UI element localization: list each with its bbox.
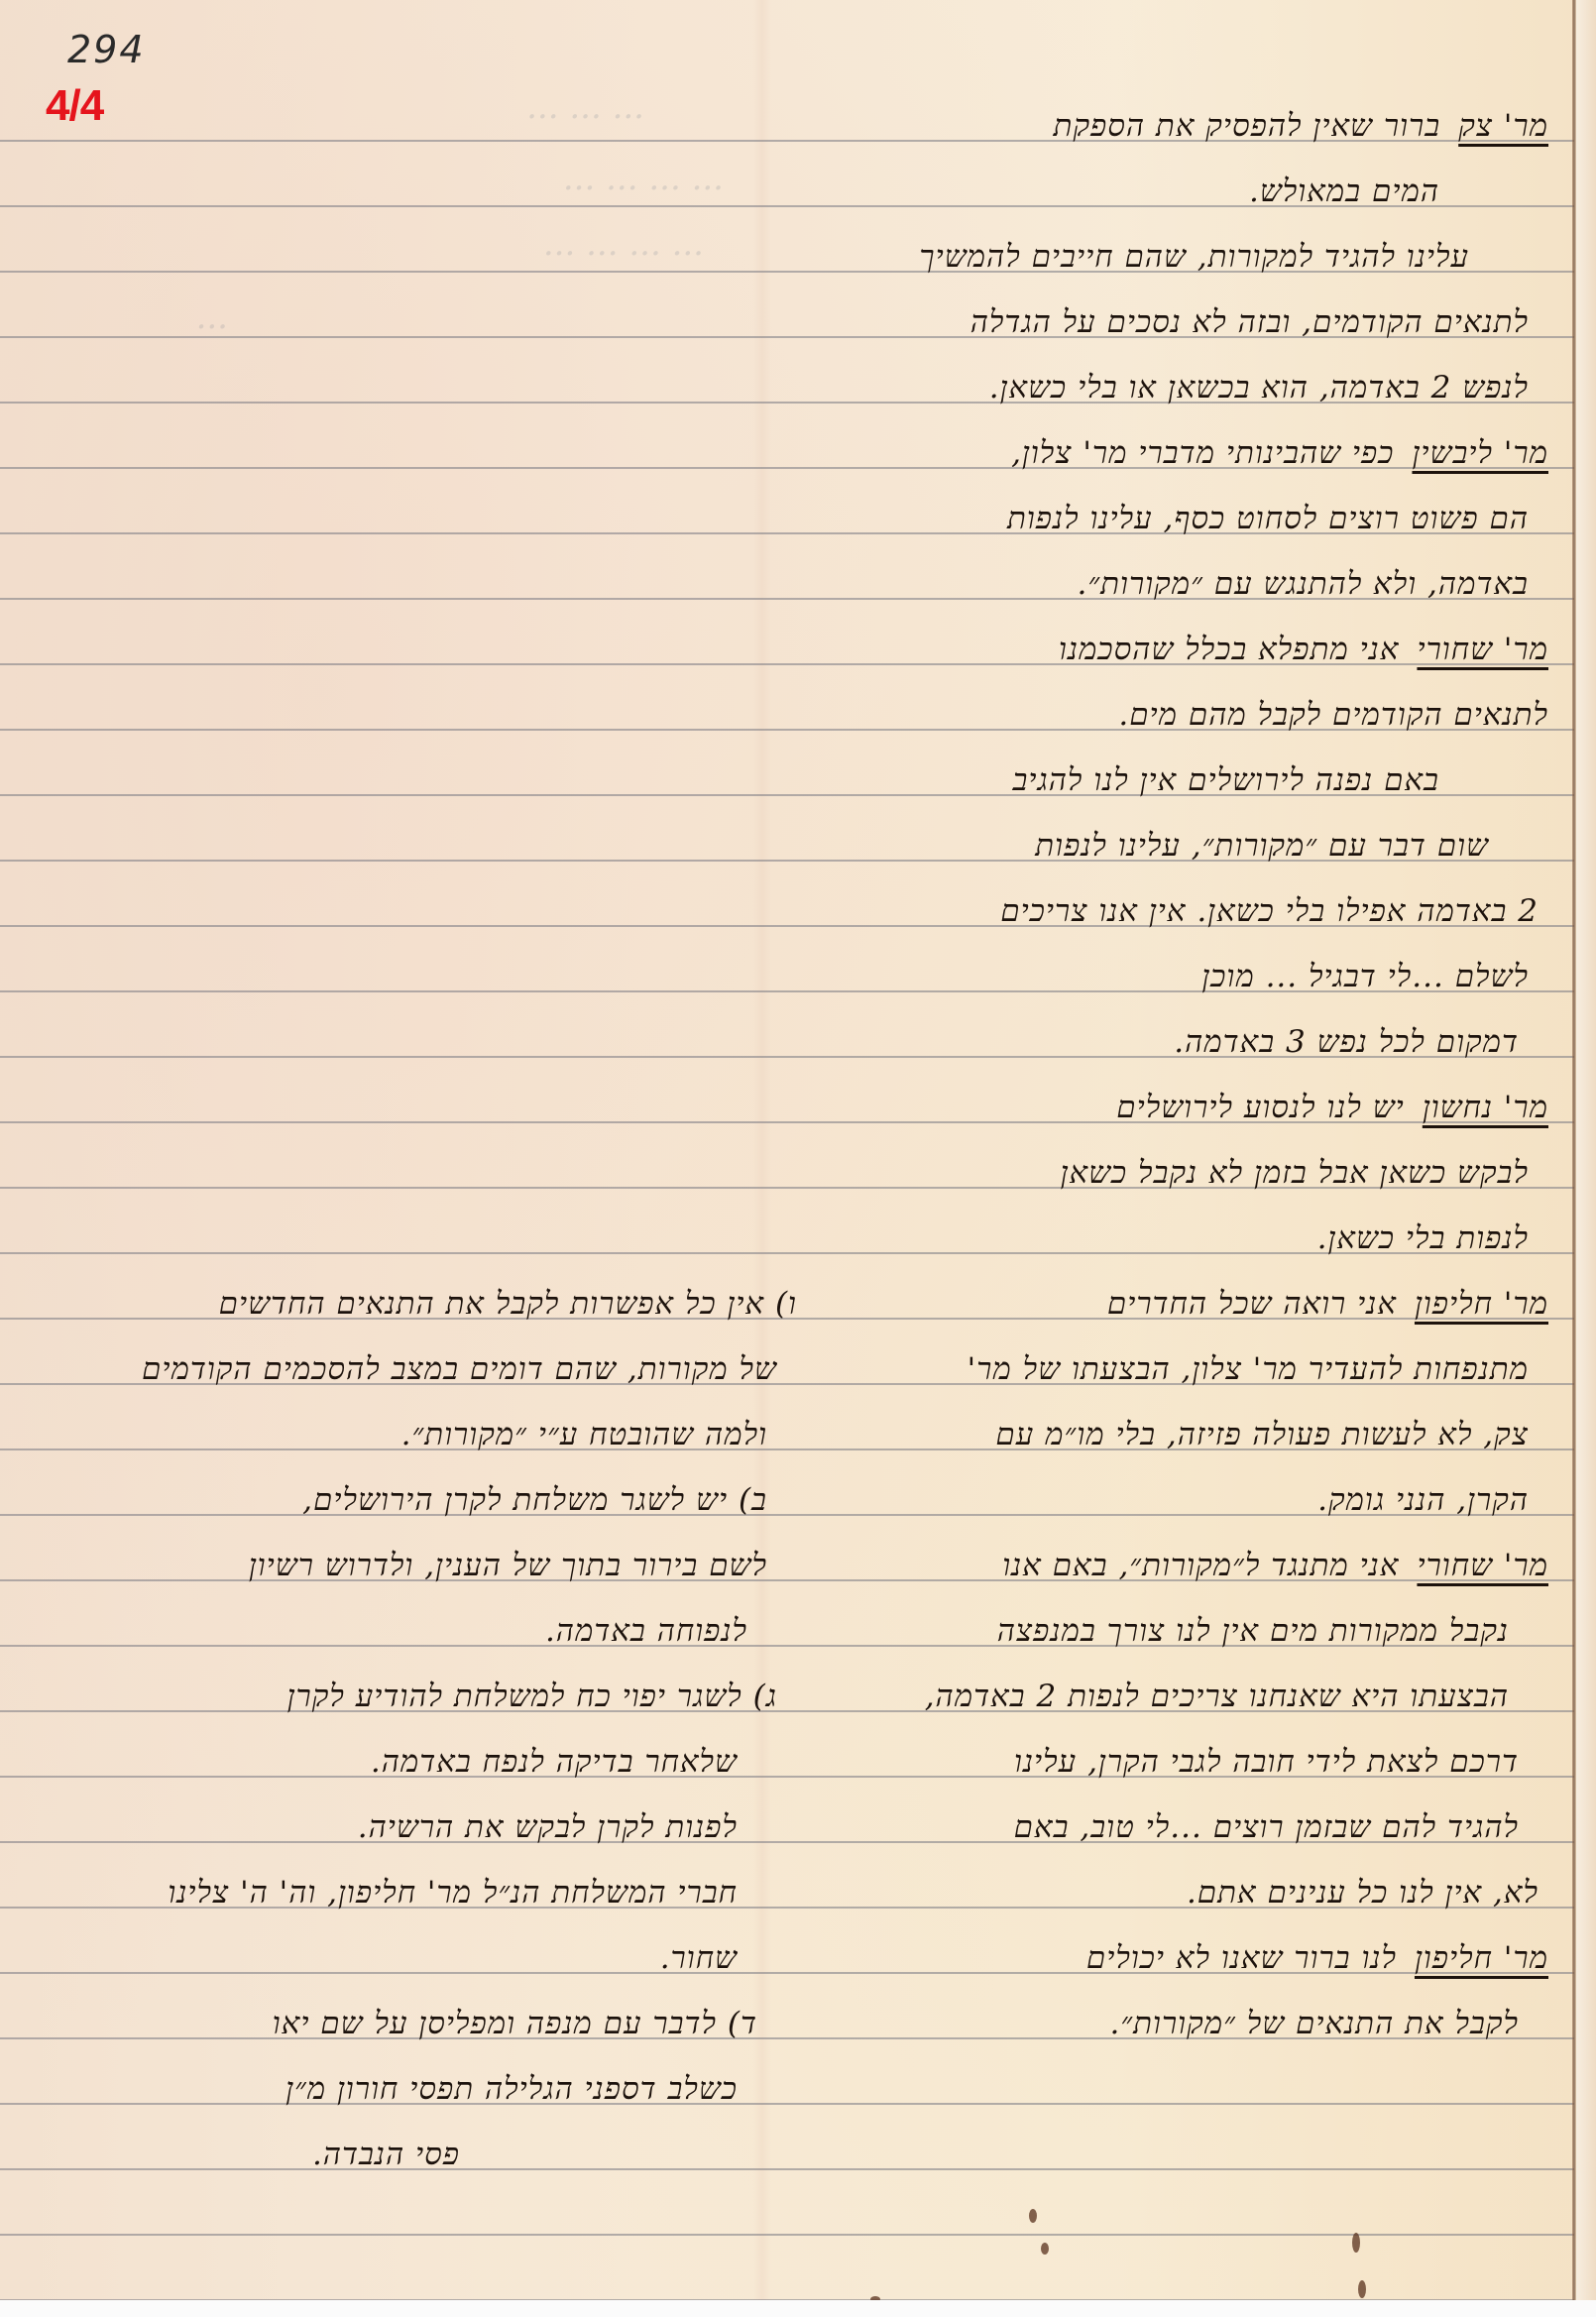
minutes-line: צק, לא לעשות פעולה פזיזה, בלי מו״מ עם [995, 1420, 1529, 1450]
decision-line: ב) יש לשגר משלחת לקרן הירושלים, [302, 1485, 767, 1516]
page-number: 294 [67, 28, 146, 71]
decision-line: ולמה שהובטח ע״י ״מקורות״. [401, 1420, 767, 1450]
page-edge [1576, 0, 1596, 2300]
bleed-through-text: ... [196, 297, 228, 337]
decision-line: לשם בירור בתוך של הענין, ולדרוש רשיון [249, 1551, 767, 1581]
minutes-line: באם נפנה לירושלים אין לנו להגיב [1012, 765, 1439, 796]
speaker-name: מר' שחורי [1417, 632, 1548, 667]
minutes-line: מר' נחשוןיש לנו לנסוע לירושלים [1116, 1093, 1548, 1123]
decision-line: של מקורות, שהם דומים במצב להסכמים הקודמי… [142, 1354, 777, 1385]
speaker-name: מר' נחשון [1423, 1090, 1548, 1125]
minutes-line: מר' צקברור שאין להפסיק את הספקת [1054, 111, 1548, 142]
minutes-line: הבצעתו היא שאנחנו צריכים לנפות 2 באדמה, [925, 1681, 1509, 1712]
minutes-line: מר' ליבשיןכפי שהבינותי מדברי מר' צלון, [1011, 438, 1548, 469]
ruled-line [0, 2234, 1574, 2236]
bleed-through-text: ... ... ... ... [563, 159, 724, 198]
ruled-line [0, 2103, 1574, 2105]
decision-line: חברי המשלחת הנ״ל מר' חליפון, וה' ה' צלינ… [168, 1878, 738, 1909]
page-marker-label: 4/4 [46, 81, 103, 131]
minutes-line: לנפות בלי כשאן. [1317, 1223, 1529, 1254]
decision-line: לפנות לקרן לבקש את הרשיה. [358, 1812, 738, 1843]
minutes-line: מר' שחוריאני מתפלא בכלל שהסכמנו [1059, 635, 1548, 665]
minutes-line: מר' חליפוןלנו ברור שאנו לא יכולים [1086, 1943, 1548, 1974]
speaker-name: מר' צק [1458, 108, 1548, 144]
minutes-line: נקבל ממקורות מים אין לנו צורך במנפצה [997, 1616, 1509, 1647]
scan-border [0, 2300, 1596, 2317]
bleed-through-text: ... ... ... [526, 87, 644, 127]
minutes-line: לא, אין לנו כל ענינים אתם. [1187, 1878, 1539, 1909]
decision-line: שלאחר בדיקה לנפח באדמה. [371, 1747, 738, 1778]
minutes-line: באדמה, ולא להתנגש עם ״מקורות״. [1078, 569, 1529, 600]
minutes-line: הקרן, הנני גומק. [1317, 1485, 1529, 1516]
paper-shading [753, 0, 771, 2300]
minutes-line: דרכם לצאת לידי חובה לגבי הקרן, עלינו [1014, 1747, 1519, 1778]
minutes-line: לקבל את התנאים של ״מקורות״. [1109, 2009, 1519, 2039]
decision-line: פסי הנבדה. [312, 2140, 460, 2170]
decision-line: כשלב דספני הגלילה תפסי חורון מ״ן [285, 2074, 738, 2105]
minutes-line: להגיד להם שבזמן רוצים ...לי טוב, באם [1014, 1812, 1519, 1843]
minutes-line: הם פשוט רוצים לסחוט כסף, עלינו לנפות [1007, 504, 1529, 534]
minutes-line: מתנפחות להעדיר מר' צלון, הבצעתו של מר' [968, 1354, 1529, 1385]
decision-line: ד) לדבר עם מנפה ומפליסן על שם יאו [273, 2009, 757, 2039]
decision-line: ו) אין כל אפשרות לקבל את התנאים החדשים [219, 1289, 797, 1320]
speaker-name: מר' חליפון [1415, 1940, 1548, 1976]
minutes-line: עלינו להגיד למקורות, שהם חייבים להמשיך [919, 242, 1469, 273]
bleed-through-text: ... ... ... ... [543, 224, 704, 264]
minutes-line: לבקש כשאן אבל בזמן לא נקבל כשאן [1061, 1158, 1529, 1189]
minutes-line: לנפש 2 באדמה, הוא בכשאן או בלי כשאן. [989, 373, 1529, 404]
scanned-page: 294 4/4 ... ... ... ... ... ... ... ... … [0, 0, 1596, 2300]
minutes-line: לתנאים הקודמים, ובזה לא נסכים על הגדלה [970, 307, 1529, 338]
minutes-line: דמקום לכל נפש 3 באדמה. [1174, 1027, 1519, 1058]
minutes-line: מר' שחוריאני מתנגד ל״מקורות״, באם אנו [1002, 1551, 1548, 1581]
speaker-name: מר' שחורי [1417, 1548, 1548, 1583]
minutes-line: 2 באדמה אפילו בלי כשאן. אין אנו צריכים [1000, 896, 1539, 927]
ruled-line [0, 2168, 1574, 2170]
minutes-line: המים במאולש. [1249, 176, 1439, 207]
minutes-line: לתנאים הקודמים לקבל מהם מים. [1118, 700, 1548, 731]
decision-line: שחור. [660, 1943, 738, 1974]
minutes-line: מר' חליפוןאני רואה שכל החדרים [1107, 1289, 1548, 1320]
speaker-name: מר' ליבשין [1412, 435, 1548, 471]
minutes-line: שום דבר עם ״מקורות״, עלינו לנפות [1035, 831, 1489, 862]
speaker-name: מר' חליפון [1415, 1286, 1548, 1322]
minutes-line: לשלם ...לי דבגיל ... מוכן [1201, 962, 1529, 992]
decision-line: ג) לשגר יפוי כח למשלחת להודיע לקרן [287, 1681, 777, 1712]
decision-line: לנפוחה באדמה. [545, 1616, 747, 1647]
